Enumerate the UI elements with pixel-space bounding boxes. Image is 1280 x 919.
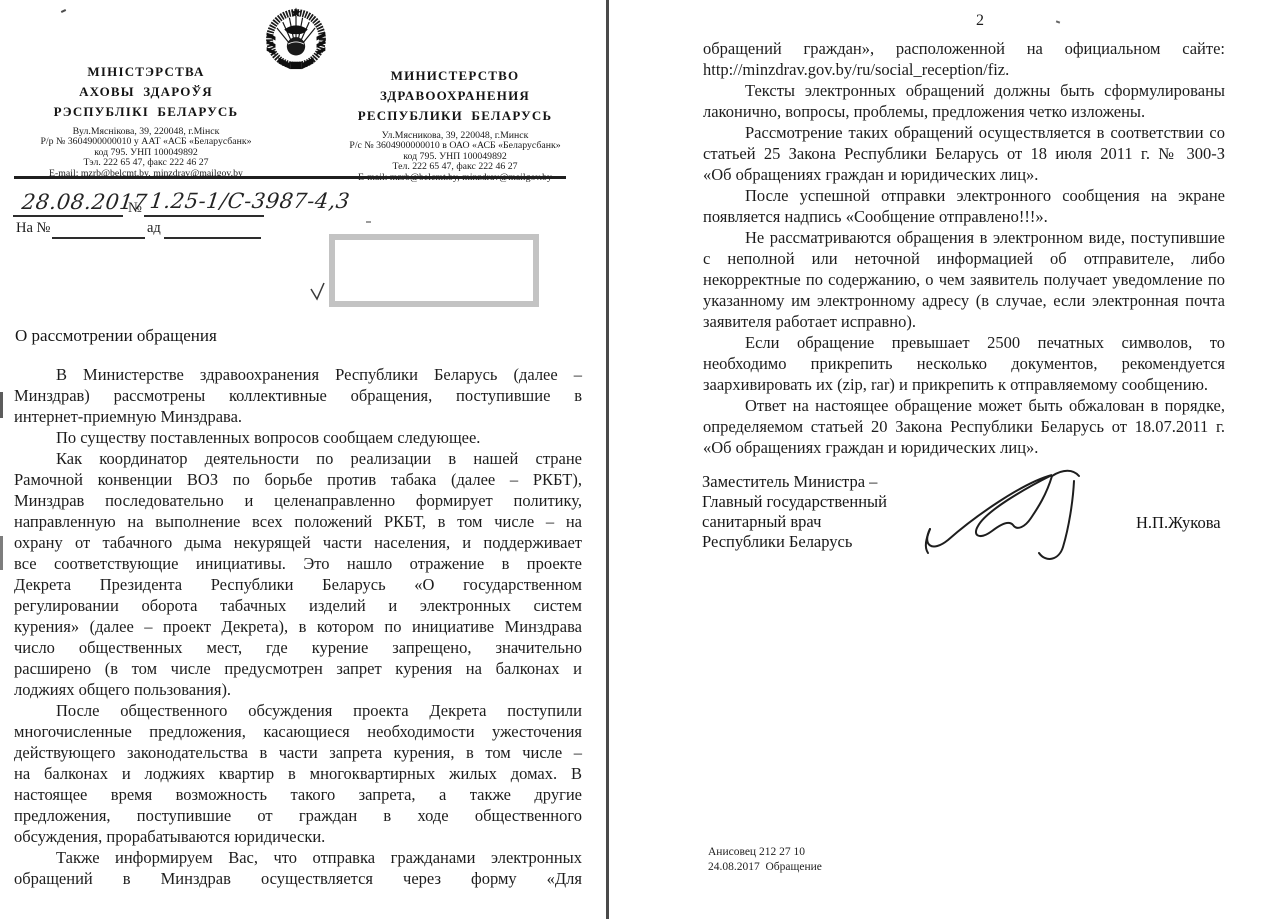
letterhead-belarusian: МІНІСТЭРСТВААХОВЫ ЗДАРОЎЯРЭСПУБЛІКІ БЕЛА… <box>12 62 280 179</box>
signer-name: Н.П.Жукова <box>1136 513 1221 533</box>
subject-line: О рассмотрении обращения <box>15 326 217 346</box>
text-line: «Об обращениях граждан и юридических лиц… <box>703 164 1225 185</box>
text-line: Рассмотрение таких обращений осуществляе… <box>703 122 1225 143</box>
body-text-page2: обращений граждан», расположенной на офи… <box>703 38 1225 458</box>
text-line: охрану от табачного дыма некурящей части… <box>14 532 582 553</box>
paragraph: В Министерстве здравоохранения Республик… <box>14 364 582 427</box>
number-underline <box>144 215 264 217</box>
text-line: на балконах и лоджиях квартир в многоква… <box>14 763 582 784</box>
text-line: настоящее время возможность такого запре… <box>14 784 582 805</box>
text-line: появляется надпись «Сообщение отправлено… <box>703 206 1225 227</box>
text-line: Декрета Президента Республики Беларусь «… <box>14 574 582 595</box>
text-line: Республики Беларусь <box>702 532 887 552</box>
text-line: интернет-приемную Минздрава. <box>14 406 582 427</box>
paragraph: После успешной отправки электронного соо… <box>703 185 1225 227</box>
scan-edge-artifact <box>0 392 3 418</box>
signature-title: Заместитель Министра –Главный государств… <box>702 472 887 552</box>
text-line: После общественного обсуждения проекта Д… <box>14 700 582 721</box>
text-line: многочисленные предложения, касающиеся н… <box>14 721 582 742</box>
org-name-belarusian: МІНІСТЭРСТВААХОВЫ ЗДАРОЎЯРЭСПУБЛІКІ БЕЛА… <box>12 62 280 122</box>
text-line: Если обращение превышает 2500 печатных с… <box>703 332 1225 353</box>
text-line: http://minzdrav.gov.by/ru/social_recepti… <box>703 59 1225 80</box>
text-line: Рамочной конвенции ВОЗ по борьбе против … <box>14 469 582 490</box>
text-line: предложения, поступившие от граждан в хо… <box>14 805 582 826</box>
text-line: определяемом статьей 20 Закона Республик… <box>703 416 1225 437</box>
text-line: РЕСПУБЛИКИ БЕЛАРУСЬ <box>322 106 588 126</box>
text-line: направленную на выполнение всех положени… <box>14 511 582 532</box>
text-line: ЗДРАВООХРАНЕНИЯ <box>322 86 588 106</box>
text-line: регулировании оборота табачных изделий и… <box>14 595 582 616</box>
text-line: Минздрав последовательно и целенаправлен… <box>14 490 582 511</box>
text-line: обращений в Минздрав осуществляется чере… <box>14 868 582 889</box>
text-line: В Министерстве здравоохранения Республик… <box>14 364 582 385</box>
scan-speck <box>61 9 66 13</box>
text-line: Минздрав) рассмотрены коллективные обращ… <box>14 385 582 406</box>
scan-edge-artifact <box>0 536 3 570</box>
signature-autograph <box>922 465 1127 567</box>
text-line: необходимо прикрепить несколько документ… <box>703 353 1225 374</box>
text-line: обращений граждан», расположенной на офи… <box>703 38 1225 59</box>
text-line: РЭСПУБЛІКІ БЕЛАРУСЬ <box>12 102 280 122</box>
text-line: «Об обращениях граждан и юридических лиц… <box>703 437 1225 458</box>
text-line: АХОВЫ ЗДАРОЎЯ <box>12 82 280 102</box>
text-line: санитарный врач <box>702 512 887 532</box>
paragraph: Также информируем Вас, что отправка граж… <box>14 847 582 889</box>
text-line: курения» (далее – проект Декрета), в кот… <box>14 616 582 637</box>
text-line: некорректные по содержанию, о чем заявит… <box>703 269 1225 290</box>
text-line: Главный государственный <box>702 492 887 512</box>
paragraph: Тексты электронных обращений должны быть… <box>703 80 1225 122</box>
text-line: После успешной отправки электронного соо… <box>703 185 1225 206</box>
paragraph: Рассмотрение таких обращений осуществляе… <box>703 122 1225 185</box>
incoming-date-label: ад <box>147 220 161 237</box>
letterhead-russian: МИНИСТЕРСТВОЗДРАВООХРАНЕНИЯРЕСПУБЛИКИ БЕ… <box>322 66 588 183</box>
text-line: Как координатор деятельности по реализац… <box>14 448 582 469</box>
text-line: указанному им электронному адресу (в слу… <box>703 290 1225 311</box>
org-address-belarusian: Вул.Мяснікова, 39, 220048, г.МінскР/р № … <box>12 127 280 179</box>
body-text-page1: В Министерстве здравоохранения Республик… <box>14 364 582 889</box>
text-line: Тексты электронных обращений должны быть… <box>703 80 1225 101</box>
org-name-russian: МИНИСТЕРСТВОЗДРАВООХРАНЕНИЯРЕСПУБЛИКИ БЕ… <box>322 66 588 126</box>
letterhead-rule <box>14 176 566 179</box>
paragraph: Ответ на настоящее обращение может быть … <box>703 395 1225 458</box>
text-line: Не рассматриваются обращения в электронн… <box>703 227 1225 248</box>
text-line: Также информируем Вас, что отправка граж… <box>14 847 582 868</box>
text-line: МІНІСТЭРСТВА <box>12 62 280 82</box>
paragraph: Если обращение превышает 2500 печатных с… <box>703 332 1225 395</box>
text-line: МИНИСТЕРСТВО <box>322 66 588 86</box>
text-line: лоджиях общего пользования). <box>14 679 582 700</box>
text-line: действующего законодательства в части за… <box>14 742 582 763</box>
doc-number-handwritten: 1.25-1/С-3987-4,3 <box>149 189 352 213</box>
text-line: обсуждения, прорабатываются юридически. <box>14 826 582 847</box>
incoming-date-underline <box>164 237 261 239</box>
text-line: заявителя работает исправно). <box>703 311 1225 332</box>
text-line: статьей 25 Закона Республики Беларусь от… <box>703 143 1225 164</box>
text-line: лаконично, вопросы, проблемы, предложени… <box>703 101 1225 122</box>
paragraph: После общественного обсуждения проекта Д… <box>14 700 582 847</box>
text-line: 24.08.2017 Обращение <box>708 860 822 875</box>
text-line: Ответ на настоящее обращение может быть … <box>703 395 1225 416</box>
incoming-number-underline <box>52 237 145 239</box>
text-line: расширено (в том числе предусмотрен запр… <box>14 658 582 679</box>
page-1: МІНІСТЭРСТВААХОВЫ ЗДАРОЎЯРЭСПУБЛІКІ БЕЛА… <box>0 0 606 919</box>
scanned-letter: МІНІСТЭРСТВААХОВЫ ЗДАРОЎЯРЭСПУБЛІКІ БЕЛА… <box>0 0 1280 919</box>
paragraph: обращений граждан», расположенной на офи… <box>703 38 1225 80</box>
paragraph: Не рассматриваются обращения в электронн… <box>703 227 1225 332</box>
page-2: 2 обращений граждан», расположенной на о… <box>610 0 1280 919</box>
text-line: заархивировать их (zip, rar) и прикрепит… <box>703 374 1225 395</box>
text-line: число общественных мест, где курение зап… <box>14 637 582 658</box>
page-divider <box>606 0 609 919</box>
text-line: все соответствующие инициативы. Это нашл… <box>14 553 582 574</box>
checkmark-mark <box>309 280 327 302</box>
incoming-number-label: На № <box>16 220 50 237</box>
paragraph: По существу поставленных вопросов сообща… <box>14 427 582 448</box>
scan-speck <box>1056 20 1060 23</box>
text-line: Анисовец 212 27 10 <box>708 845 822 860</box>
number-sign: № <box>128 200 142 217</box>
paragraph: Как координатор деятельности по реализац… <box>14 448 582 700</box>
date-underline <box>13 215 123 217</box>
scan-speck <box>366 221 371 223</box>
executor-footer: Анисовец 212 27 1024.08.2017 Обращение <box>708 845 822 874</box>
page-number: 2 <box>976 12 984 30</box>
text-line: По существу поставленных вопросов сообща… <box>14 427 582 448</box>
text-line: Заместитель Министра – <box>702 472 887 492</box>
text-line: с неполной или неточной информацией об о… <box>703 248 1225 269</box>
redaction-box <box>329 234 539 307</box>
